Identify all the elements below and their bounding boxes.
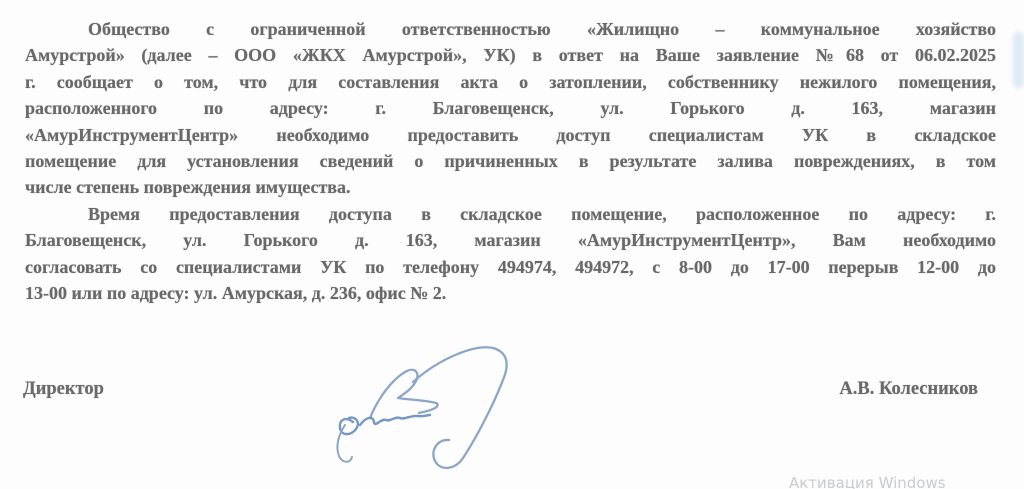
- text-line: расположенного по адресу: г. Благовещенс…: [25, 95, 996, 121]
- letter-body: Общество с ограниченной ответственностью…: [25, 16, 996, 306]
- text-line: числе степень повреждения имущества.: [25, 174, 996, 200]
- signature-flourish-stroke: [413, 347, 507, 468]
- text-line: Благовещенск, ул. Горького д. 163, магаз…: [25, 227, 996, 253]
- signature-oval-stroke: [340, 418, 358, 435]
- text-line: «АмурИнструментЦентр» необходимо предост…: [25, 122, 996, 148]
- text-line: Амурстрой» (далее – ООО «ЖКХ Амурстрой»,…: [25, 42, 996, 68]
- handwritten-signature-ink: [315, 330, 525, 489]
- text-line: согласовать со специалистами УК по телеф…: [25, 254, 996, 280]
- signature-capital-stroke: [370, 370, 438, 418]
- windows-activation-watermark: Активация Windows: [789, 474, 946, 489]
- scanned-letter-page: Общество с ограниченной ответственностью…: [0, 0, 1024, 489]
- text-line: Общество с ограниченной ответственностью…: [25, 16, 996, 42]
- text-line: помещение для установления сведений о пр…: [25, 148, 996, 174]
- signer-role: Директор: [23, 379, 104, 400]
- text-line: Время предоставления доступа в складское…: [25, 201, 996, 227]
- text-line: 13-00 или по адресу: ул. Амурская, д. 23…: [25, 280, 996, 306]
- text-line: г. сообщает о том, что для составления а…: [25, 69, 996, 95]
- scan-blue-artifact: [1013, 32, 1024, 88]
- signer-name: А.В. Колесников: [839, 379, 978, 400]
